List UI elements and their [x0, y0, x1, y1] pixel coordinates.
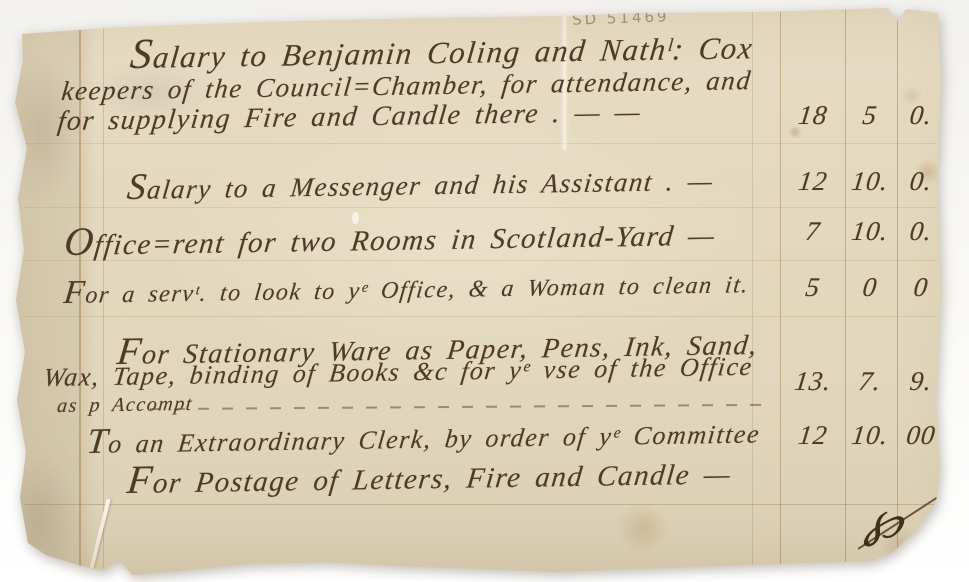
- paper-shadow: SD 51469 Salary to Benjamin Coling and N…: [0, 0, 969, 582]
- entry-4-shillings: 0: [844, 272, 896, 303]
- entry-6-shillings: 10.: [844, 420, 896, 451]
- entry-5-pence: 9.: [896, 366, 946, 397]
- row-crease-1: [24, 143, 936, 144]
- entry-4-pence: 0: [896, 272, 946, 303]
- entry-1-shillings: 5: [844, 100, 896, 131]
- entry-1-pence: 0.: [896, 100, 946, 131]
- bottom-left-tear: [89, 499, 110, 570]
- entry-2-pounds: 12: [780, 166, 846, 197]
- cropped-ink-stroke-small: [387, 0, 392, 9]
- entry-2-pence: 0.: [896, 166, 946, 197]
- entry-3-shillings: 10.: [844, 216, 896, 247]
- entry-6-pounds: 12: [780, 420, 846, 451]
- manuscript-page: SD 51469 Salary to Benjamin Coling and N…: [0, 0, 969, 582]
- entry-3-pounds: 7: [780, 216, 846, 247]
- entry-2-shillings: 10.: [844, 166, 896, 197]
- entry-3-pence: 0.: [896, 216, 946, 247]
- cropped-ink-stroke: [117, 0, 133, 17]
- entry-5-pounds: 13.: [780, 366, 846, 397]
- row-crease-4: [24, 316, 936, 317]
- scan-background: SD 51469 Salary to Benjamin Coling and N…: [0, 0, 969, 582]
- entry-5-shillings: 7.: [844, 366, 896, 397]
- bottom-rule: [24, 504, 936, 505]
- entry-5-line-3: as p Accompt: [56, 393, 194, 418]
- entry-6-pence: 00: [896, 420, 946, 451]
- entry-2-line-1: Salary to a Messenger and his Assistant …: [125, 157, 716, 209]
- entry-7-line-1: For Postage of Letters, Fire and Candle …: [125, 447, 734, 503]
- entry-4-line-1: For a servᵗ. to look to yᵉ Office, & a W…: [62, 263, 751, 312]
- entry-1-pounds: 18: [780, 100, 846, 131]
- accompt-dashed-rule: [150, 404, 764, 410]
- entry-4-pounds: 5: [780, 272, 846, 303]
- column-rule-inner: [752, 8, 753, 568]
- entry-3-line-1: Office=rent for two Rooms in Scotland-Ya…: [62, 208, 719, 265]
